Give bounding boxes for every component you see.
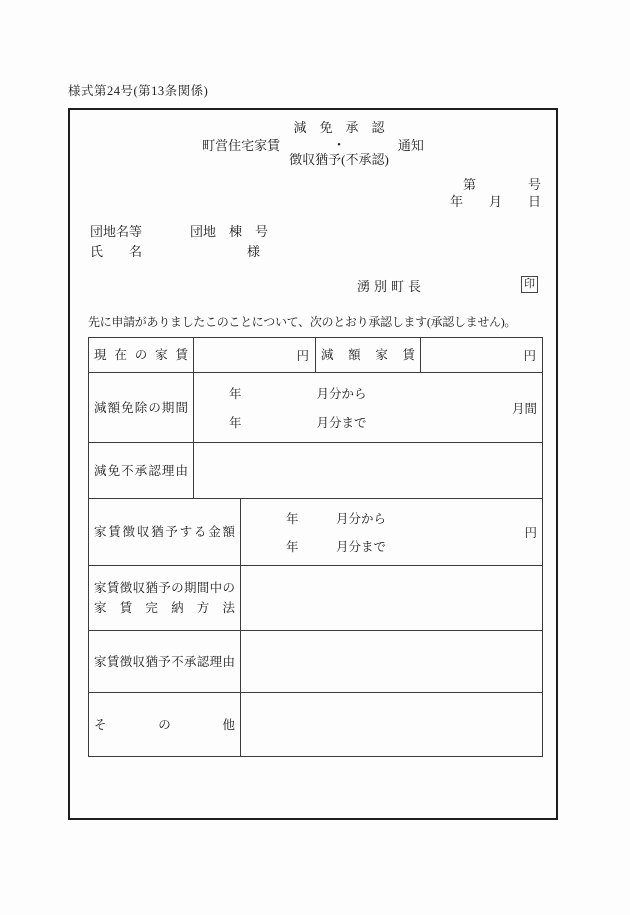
current-rent-value-cell: 円 [194, 338, 316, 372]
reduced-rent-unit: 円 [523, 346, 536, 364]
form-title: 町営住宅家賃 減 免 承 認 ・ 徴収猶予(不承認) 通知 [70, 120, 556, 168]
deferral-denial-value-cell [241, 631, 542, 692]
current-rent-label: 現在の家賃 [94, 345, 188, 365]
table-row-payment-method: 家賃徴収猶予の期間中の家賃完納方法 [89, 566, 542, 631]
reduction-denial-label-cell: 減免不承認理由 [89, 443, 194, 498]
reduction-period-label: 減額免除の期間 [94, 398, 188, 418]
form-number: 様式第24号(第13条関係) [68, 81, 208, 99]
reduced-rent-value-cell: 円 [421, 338, 542, 372]
other-value-cell [241, 693, 542, 756]
reduction-period-value-cell: 年 月分から 年 月分まで 月間 [194, 373, 542, 442]
reduction-denial-label: 減免不承認理由 [94, 461, 188, 481]
payment-method-label: 家賃徴収猶予の期間中の家賃完納方法 [94, 578, 235, 618]
title-stack: 減 免 承 認 ・ 徴収猶予(不承認) [289, 120, 389, 168]
reduction-period-to: 年 月分まで [229, 413, 542, 431]
table-row-other: その他 [89, 693, 542, 756]
deferred-amount-value-cell: 年 月分から 年 月分まで 円 [241, 499, 542, 565]
other-label: その他 [94, 715, 235, 735]
title-right: 通知 [398, 135, 424, 154]
table-row-reduction-period: 減額免除の期間 年 月分から 年 月分まで 月間 [89, 373, 542, 443]
table-row-rent: 現在の家賃 円 減額家賃 円 [89, 338, 542, 373]
estate-label: 団地名等 [90, 222, 190, 242]
payment-method-label-cell: 家賃徴収猶予の期間中の家賃完納方法 [89, 566, 241, 630]
payment-method-value-cell [241, 566, 542, 630]
name-line: 氏 名様 [90, 242, 556, 262]
table-row-reduction-denial: 減免不承認理由 [89, 443, 542, 499]
deferral-denial-label-cell: 家賃徴収猶予不承認理由 [89, 631, 241, 692]
name-label: 氏 名 [90, 242, 190, 262]
reduction-period-label-cell: 減額免除の期間 [89, 373, 194, 442]
estate-line: 団地名等団地 棟 号 [90, 222, 556, 242]
title-separator-dot: ・ [332, 137, 345, 152]
current-rent-label-cell: 現在の家賃 [89, 338, 194, 372]
issuer-line: 湧別町長 印 [70, 276, 556, 294]
title-stack-top: 減 免 承 認 [293, 120, 384, 137]
deferred-amount-unit: 円 [524, 523, 537, 541]
reduced-rent-label-cell: 減額家賃 [316, 338, 421, 372]
reduction-period-from: 年 月分から [229, 384, 542, 402]
doc-number-line: 第 号 [70, 176, 541, 193]
issuer-name: 湧別町長 [357, 276, 425, 295]
deferred-amount-from: 年 月分から [286, 509, 542, 527]
deferred-amount-label-cell: 家賃徴収猶予する金額 [89, 499, 241, 565]
approval-sentence: 先に申請がありましたこのことについて、次のとおり承認します(承認しません)。 [88, 314, 543, 330]
reduction-period-unit: 月間 [512, 399, 537, 417]
form-outer-box: 町営住宅家賃 減 免 承 認 ・ 徴収猶予(不承認) 通知 第 号 年 月 日 … [68, 108, 558, 820]
estate-value: 団地 棟 号 [190, 224, 268, 239]
seal-mark-icon: 印 [521, 276, 538, 293]
addressee-block: 団地名等団地 棟 号 氏 名様 [90, 222, 556, 262]
deferral-denial-label: 家賃徴収猶予不承認理由 [94, 652, 235, 672]
doc-date-line: 年 月 日 [70, 193, 541, 210]
name-honorific: 様 [190, 244, 260, 259]
form-table: 現在の家賃 円 減額家賃 円 減額免除の期間 年 月分から [88, 337, 543, 757]
table-row-deferred-amount: 家賃徴収猶予する金額 年 月分から 年 月分まで 円 [89, 499, 542, 566]
title-left: 町営住宅家賃 [202, 135, 280, 154]
reduction-denial-value-cell [194, 443, 542, 498]
table-row-deferral-denial: 家賃徴収猶予不承認理由 [89, 631, 542, 693]
title-stack-bottom: 徴収猶予(不承認) [289, 152, 389, 169]
deferred-amount-label: 家賃徴収猶予する金額 [94, 522, 235, 542]
current-rent-unit: 円 [296, 346, 309, 364]
other-label-cell: その他 [89, 693, 241, 756]
deferred-amount-to: 年 月分まで [286, 537, 542, 555]
reduced-rent-label: 減額家賃 [321, 345, 415, 365]
doc-header-lines: 第 号 年 月 日 [70, 176, 556, 210]
